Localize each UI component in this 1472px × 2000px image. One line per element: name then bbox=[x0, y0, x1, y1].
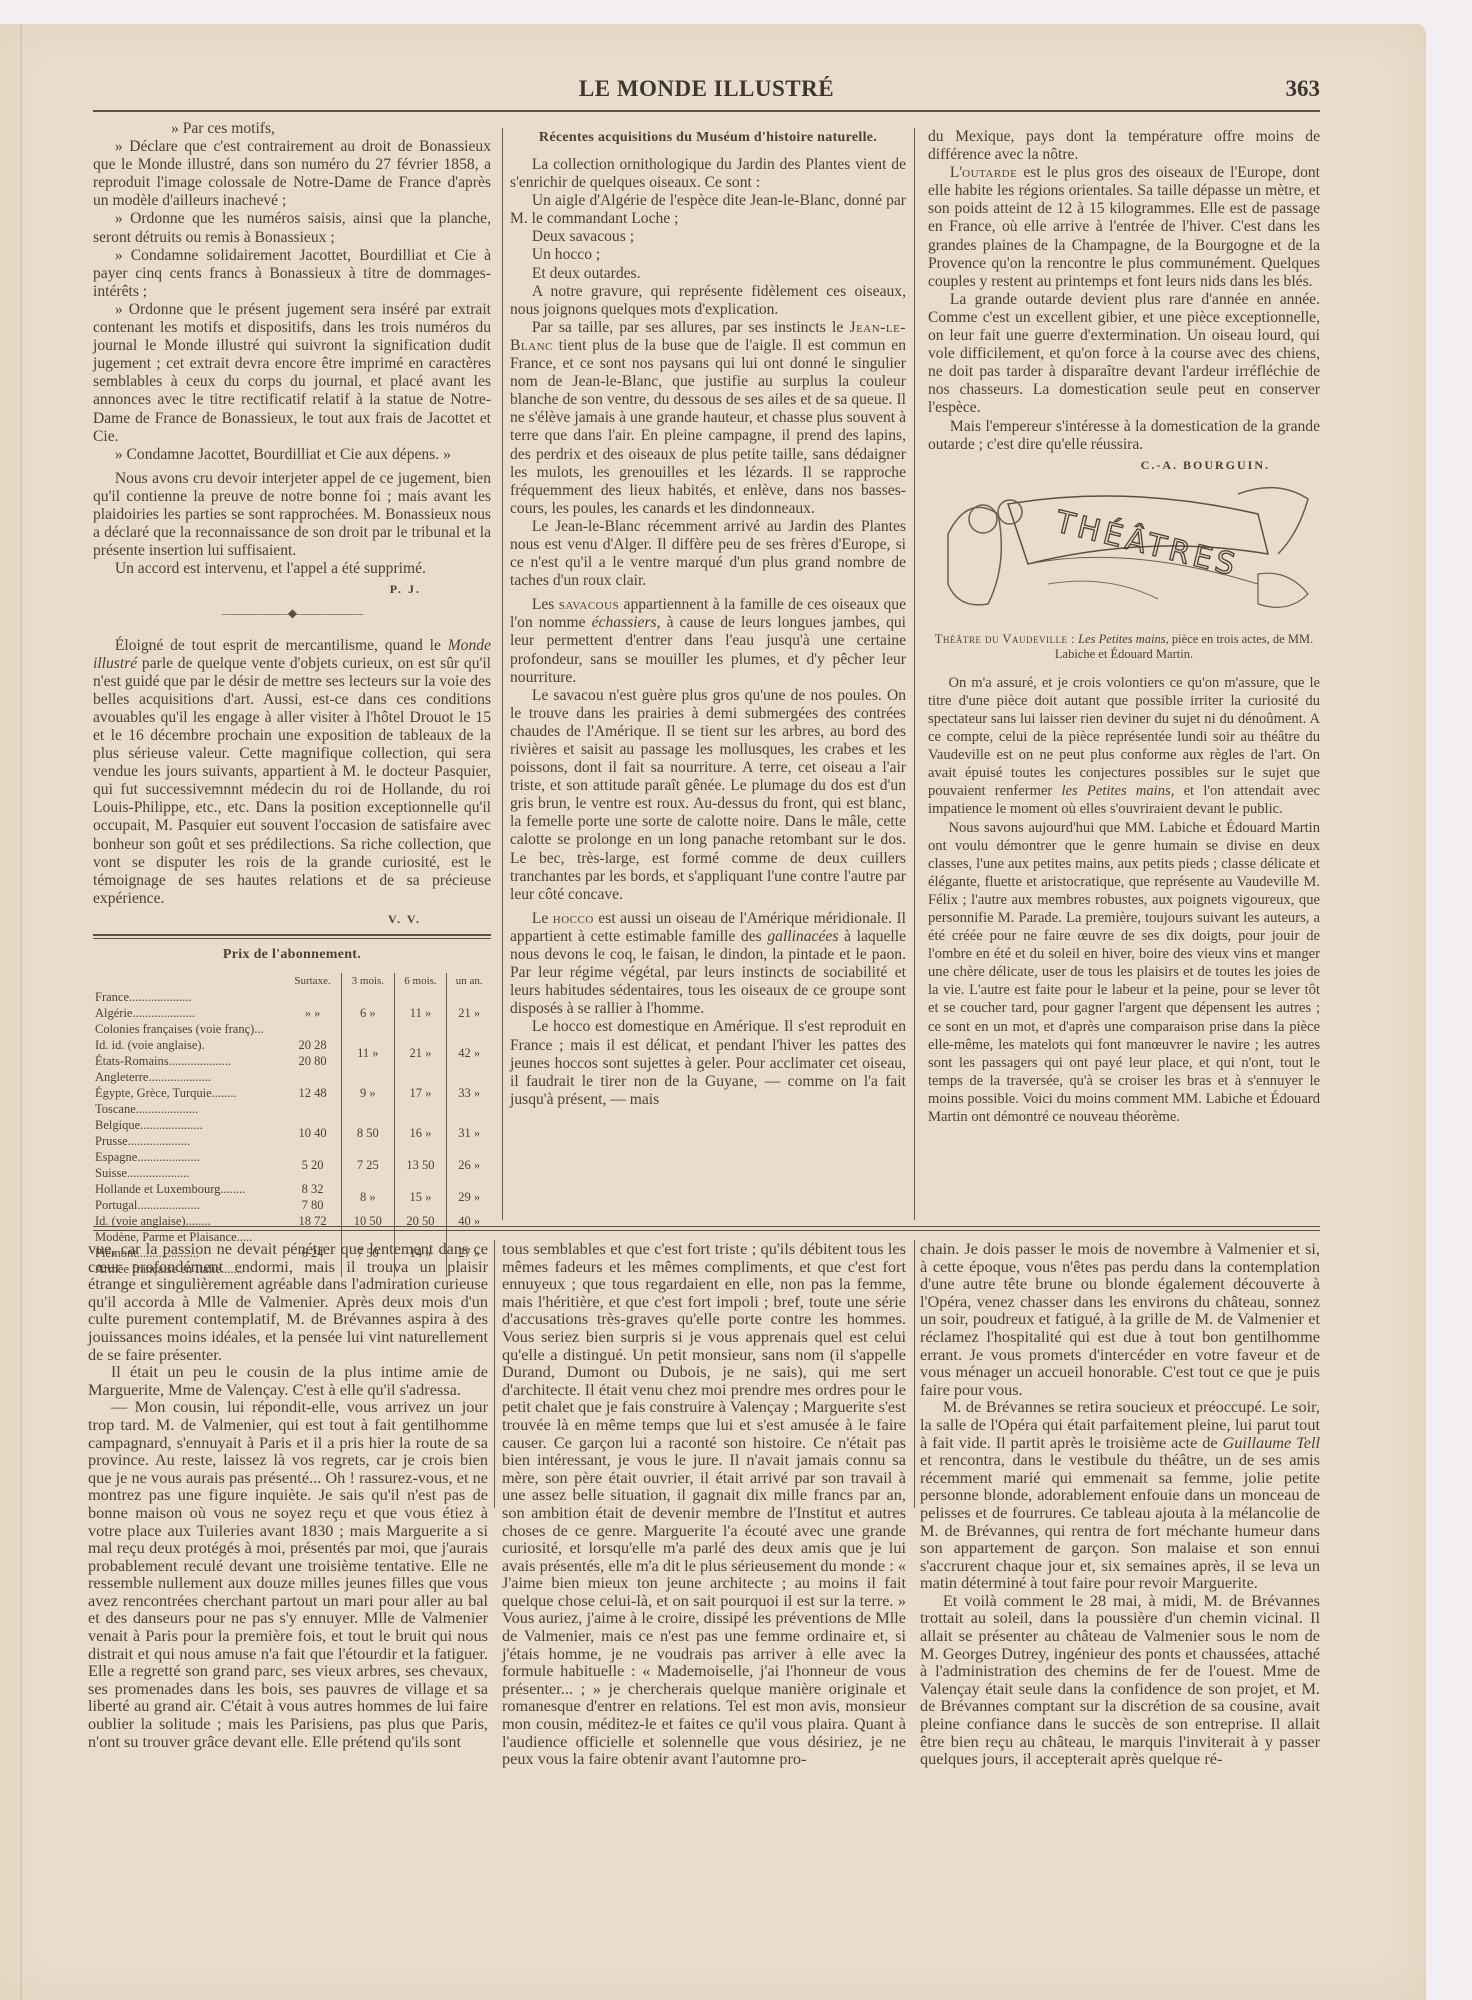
paragraph: Le Jean-le-Blanc récemment arrivé au Jar… bbox=[510, 518, 906, 590]
column-3: du Mexique, pays dont la température off… bbox=[928, 128, 1320, 1126]
price-cell-m6: 16 » bbox=[394, 1117, 447, 1149]
paragraph: » Ordonne que le présent jugement sera i… bbox=[93, 301, 491, 446]
paragraph: On m'a assuré, et je crois volontiers ce… bbox=[928, 674, 1320, 819]
jugement-block: » Par ces motifs, » Déclare que c'est co… bbox=[93, 120, 491, 464]
country-cell: Portugal.................... bbox=[93, 1197, 284, 1213]
price-cell-an: 31 » bbox=[447, 1117, 491, 1149]
country-cell: Id. id. (voie anglaise). bbox=[93, 1037, 284, 1053]
column-rule bbox=[494, 1240, 495, 1508]
column-header bbox=[93, 973, 284, 989]
paragraph: » Condamne solidairement Jacottet, Bourd… bbox=[93, 247, 491, 301]
table-rule bbox=[93, 934, 491, 939]
country-cell: Angleterre.................... bbox=[93, 1069, 284, 1085]
list-item: Un aigle d'Algérie de l'espèce dite Jean… bbox=[510, 192, 906, 228]
price-cell-an: 29 » bbox=[447, 1181, 491, 1213]
price-cell-m6: 15 » bbox=[394, 1181, 447, 1213]
column-1: » Par ces motifs, » Déclare que c'est co… bbox=[93, 120, 491, 1277]
cherub-ornament-icon: THÉÂTRES bbox=[928, 474, 1320, 624]
price-cell-m3: 7 25 bbox=[342, 1149, 395, 1181]
paragraph: Nous savons aujourd'hui que MM. Labiche … bbox=[928, 819, 1320, 1127]
signature: C.-A. BOURGUIN. bbox=[928, 456, 1320, 474]
price-cell-m3: 6 » bbox=[342, 989, 395, 1037]
price-cell-m6: 11 » bbox=[394, 989, 447, 1037]
paragraph: Il était un peu le cousin de la plus int… bbox=[88, 1363, 488, 1398]
paragraph: tous semblables et que c'est fort triste… bbox=[502, 1240, 906, 1768]
paragraph: L'outarde est le plus gros des oiseaux d… bbox=[928, 164, 1320, 291]
paragraph: » Condamne Jacottet, Bourdilliat et Cie … bbox=[93, 446, 491, 464]
paragraph: » Déclare que c'est contrairement au dro… bbox=[93, 138, 491, 210]
price-cell-m3: 8 » bbox=[342, 1181, 395, 1213]
paragraph: Le savacou n'est guère plus gros qu'une … bbox=[510, 687, 906, 904]
price-cell-m3: 9 » bbox=[342, 1069, 395, 1117]
price-cell-an: 26 » bbox=[447, 1149, 491, 1181]
country-cell: Égypte, Grèce, Turquie........ bbox=[93, 1085, 284, 1101]
surtaxe-cell: 8 32 bbox=[284, 1181, 342, 1197]
surtaxe-cell: 5 20 bbox=[284, 1149, 342, 1181]
column-rule bbox=[914, 1240, 915, 1508]
surtaxe-cell: 10 40 bbox=[284, 1117, 342, 1149]
list-item: Un hocco ; bbox=[510, 246, 906, 264]
column-header: Surtaxe. bbox=[284, 973, 342, 989]
signature: P. J. bbox=[93, 580, 491, 598]
price-cell-m6: 21 » bbox=[394, 1037, 447, 1069]
newspaper-title: LE MONDE ILLUSTRÉ bbox=[93, 76, 1320, 102]
country-cell: États-Romains.................... bbox=[93, 1053, 284, 1069]
column-2: Récentes acquisitions du Muséum d'histoi… bbox=[510, 130, 906, 1109]
paragraph: Le hocco est domestique en Amérique. Il … bbox=[510, 1018, 906, 1108]
masthead-rule bbox=[93, 110, 1320, 112]
surtaxe-cell: 12 48 bbox=[284, 1069, 342, 1117]
country-cell: Espagne.................... bbox=[93, 1149, 284, 1165]
feuilleton-rule bbox=[93, 1226, 1320, 1227]
paragraph: chain. Je dois passer le mois de novembr… bbox=[920, 1240, 1320, 1398]
article-heading: Récentes acquisitions du Muséum d'histoi… bbox=[530, 130, 886, 146]
paragraph: Nous avons cru devoir interjeter appel d… bbox=[93, 470, 491, 560]
table-row: Hollande et Luxembourg........8 328 »15 … bbox=[93, 1181, 491, 1197]
table-row: Angleterre....................12 489 »17… bbox=[93, 1069, 491, 1085]
price-cell-m6: 17 » bbox=[394, 1069, 447, 1117]
paragraph: » Par ces motifs, bbox=[93, 120, 491, 138]
paragraph: du Mexique, pays dont la température off… bbox=[928, 128, 1320, 164]
paragraph: » Ordonne que les numéros saisis, ainsi … bbox=[93, 210, 491, 246]
paragraph: Par sa taille, par ses allures, par ses … bbox=[510, 319, 906, 518]
subscription-price-table: Surtaxe. 3 mois. 6 mois. un an. France..… bbox=[93, 973, 491, 1277]
list-item: Et deux outardes. bbox=[510, 265, 906, 283]
table-row: Espagne....................5 207 2513 50… bbox=[93, 1149, 491, 1165]
country-cell: Algérie.................... bbox=[93, 1005, 284, 1021]
column-header: 3 mois. bbox=[342, 973, 395, 989]
paragraph: M. de Brévannes se retira soucieux et pr… bbox=[920, 1398, 1320, 1592]
country-cell: Hollande et Luxembourg........ bbox=[93, 1181, 284, 1197]
signature: V. V. bbox=[93, 910, 491, 928]
ornament-divider: ——————◆—————— bbox=[93, 604, 491, 622]
country-cell: Colonies françaises (voie franç)... bbox=[93, 1021, 284, 1037]
feuilleton-column-1: vue, car la passion ne devait pénétrer q… bbox=[88, 1240, 488, 1750]
column-header: 6 mois. bbox=[394, 973, 447, 989]
paragraph: Un accord est intervenu, et l'appel a ét… bbox=[93, 560, 491, 578]
surtaxe-cell: 7 80 bbox=[284, 1197, 342, 1213]
paragraph: — Mon cousin, lui répondit-elle, vous ar… bbox=[88, 1398, 488, 1750]
table-row: Id. id. (voie anglaise).20 2811 »21 »42 … bbox=[93, 1037, 491, 1053]
column-header: un an. bbox=[447, 973, 491, 989]
feuilleton-column-2: tous semblables et que c'est fort triste… bbox=[502, 1240, 906, 1768]
column-rule bbox=[914, 128, 915, 1220]
paragraph: Éloigné de tout esprit de mercantilisme,… bbox=[93, 637, 491, 908]
price-cell-m3: 8 50 bbox=[342, 1117, 395, 1149]
table-row: Belgique....................10 408 5016 … bbox=[93, 1117, 491, 1133]
theatres-banner-illustration: THÉÂTRES bbox=[928, 474, 1320, 624]
column-rule bbox=[502, 128, 503, 1220]
country-cell: Belgique.................... bbox=[93, 1117, 284, 1133]
table-body: France....................» »6 »11 »21 »… bbox=[93, 989, 491, 1277]
price-cell-an: 42 » bbox=[447, 1037, 491, 1069]
paragraph: La collection ornithologique du Jardin d… bbox=[510, 156, 906, 192]
list-item: Deux savacous ; bbox=[510, 228, 906, 246]
masthead: LE MONDE ILLUSTRÉ 363 bbox=[93, 72, 1320, 110]
abonnement-title: Prix de l'abonnement. bbox=[113, 947, 471, 963]
paragraph: La grande outarde devient plus rare d'an… bbox=[928, 291, 1320, 418]
paragraph: Mais l'empereur s'intéresse à la domesti… bbox=[928, 418, 1320, 454]
country-cell: Suisse.................... bbox=[93, 1165, 284, 1181]
price-cell-an: 33 » bbox=[447, 1069, 491, 1117]
country-cell: France.................... bbox=[93, 989, 284, 1005]
table-row: France....................» »6 »11 »21 » bbox=[93, 989, 491, 1005]
price-cell-m3: 11 » bbox=[342, 1037, 395, 1069]
surtaxe-cell: 20 28 bbox=[284, 1037, 342, 1053]
page-fold-line bbox=[20, 24, 22, 2000]
price-cell-m6: 13 50 bbox=[394, 1149, 447, 1181]
table-header-row: Surtaxe. 3 mois. 6 mois. un an. bbox=[93, 973, 491, 989]
feuilleton-rule bbox=[93, 1230, 1320, 1231]
paragraph: vue, car la passion ne devait pénétrer q… bbox=[88, 1240, 488, 1363]
country-cell: Prusse.................... bbox=[93, 1133, 284, 1149]
svg-text:THÉÂTRES: THÉÂTRES bbox=[1051, 503, 1242, 583]
paragraph: Et voilà comment le 28 mai, à midi, M. d… bbox=[920, 1592, 1320, 1768]
paragraph: Le hocco est aussi un oiseau de l'Amériq… bbox=[510, 910, 906, 1019]
paragraph: Les savacous appartiennent à la famille … bbox=[510, 596, 906, 686]
page-number: 363 bbox=[1286, 76, 1321, 102]
surtaxe-cell: 20 80 bbox=[284, 1053, 342, 1069]
feuilleton-column-3: chain. Je dois passer le mois de novembr… bbox=[920, 1240, 1320, 1768]
price-cell-an: 21 » bbox=[447, 989, 491, 1037]
country-cell: Toscane.................... bbox=[93, 1101, 284, 1117]
paragraph: A notre gravure, qui représente fidèleme… bbox=[510, 283, 906, 319]
theatre-caption: Théâtre du Vaudeville : Les Petites main… bbox=[932, 632, 1316, 662]
surtaxe-cell: » » bbox=[284, 989, 342, 1037]
